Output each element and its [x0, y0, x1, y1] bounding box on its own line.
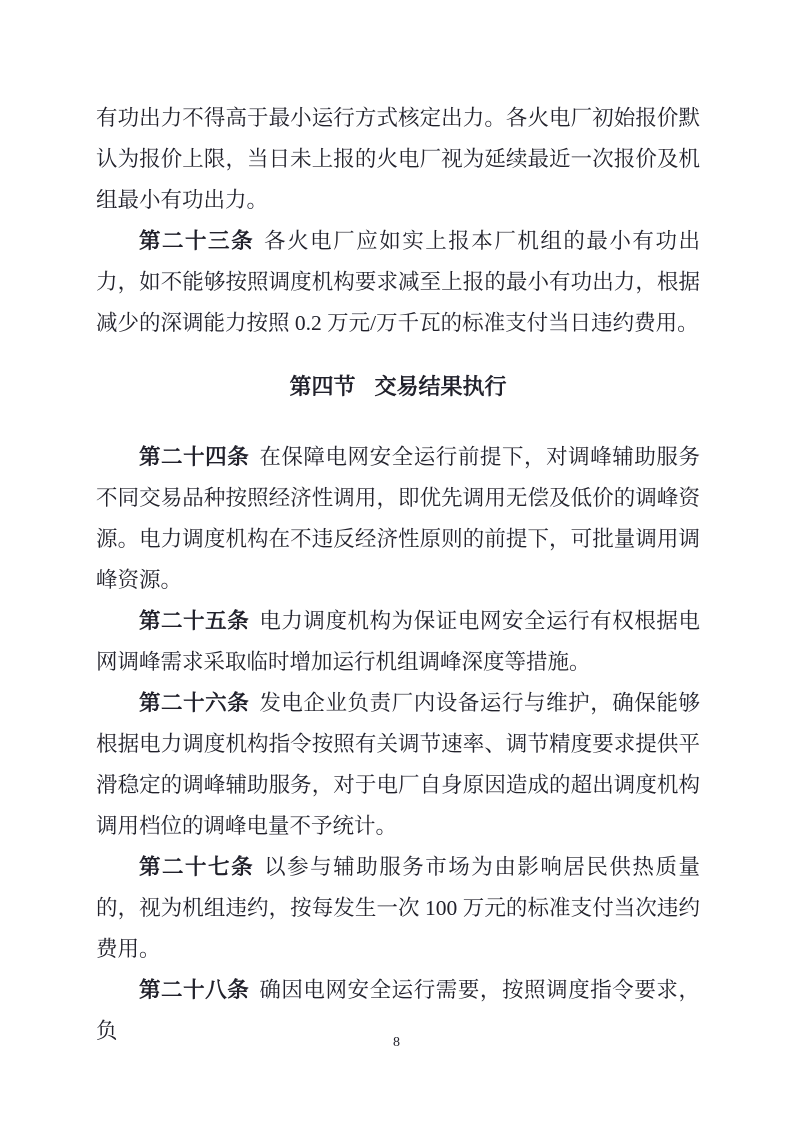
document-page: 有功出力不得高于最小运行方式核定出力。各火电厂初始报价默认为报价上限，当日未上报… — [0, 0, 793, 1122]
article-24: 第二十四条在保障电网安全运行前提下，对调峰辅助服务不同交易品种按照经济性调用，即… — [96, 437, 700, 601]
article-27-number: 第二十七条 — [139, 855, 254, 879]
article-26: 第二十六条发电企业负责厂内设备运行与维护，确保能够根据电力调度机构指令按照有关调… — [96, 683, 700, 847]
article-28-number: 第二十八条 — [139, 978, 249, 1002]
paragraph-continuation: 有功出力不得高于最小运行方式核定出力。各火电厂初始报价默认为报价上限，当日未上报… — [96, 98, 700, 221]
document-body: 有功出力不得高于最小运行方式核定出力。各火电厂初始报价默认为报价上限，当日未上报… — [96, 98, 700, 1052]
article-25: 第二十五条电力调度机构为保证电网安全运行有权根据电网调峰需求采取临时增加运行机组… — [96, 601, 700, 683]
page-number: 8 — [0, 1034, 793, 1052]
article-24-number: 第二十四条 — [139, 445, 249, 469]
article-25-number: 第二十五条 — [139, 609, 249, 633]
section-title: 交易结果执行 — [375, 374, 507, 399]
section-label: 第四节 — [289, 374, 355, 399]
article-23: 第二十三条各火电厂应如实上报本厂机组的最小有功出力，如不能够按照调度机构要求减至… — [96, 221, 700, 344]
article-23-number: 第二十三条 — [139, 229, 254, 253]
section-heading: 第四节交易结果执行 — [96, 366, 700, 407]
article-26-number: 第二十六条 — [139, 691, 249, 715]
article-27: 第二十七条以参与辅助服务市场为由影响居民供热质量的，视为机组违约，按每发生一次 … — [96, 847, 700, 970]
paragraph-text: 有功出力不得高于最小运行方式核定出力。各火电厂初始报价默认为报价上限，当日未上报… — [96, 106, 700, 212]
